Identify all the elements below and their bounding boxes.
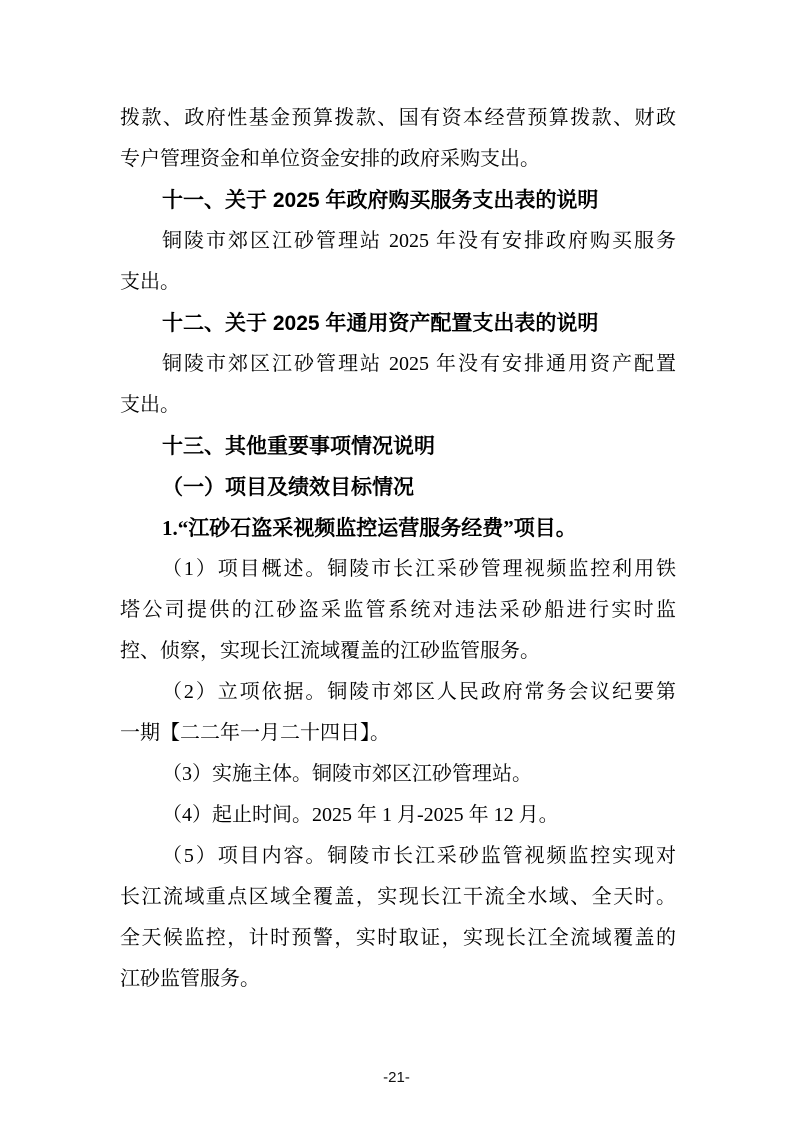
page-body: 拨款、政府性基金预算拨款、国有资本经营预算拨款、财政专户管理资金和单位资金安排的…: [120, 98, 676, 1000]
text-line: 一期【二二年一月二十四日】。: [120, 713, 676, 754]
text-line: 铜陵市郊区江砂管理站 2025 年没有安排通用资产配置: [120, 344, 676, 385]
text-line: （1）项目概述。铜陵市长江采砂管理视频监控利用铁: [120, 549, 676, 590]
text-line: 专户管理资金和单位资金安排的政府采购支出。: [120, 139, 676, 180]
text-line: 控、侦察，实现长江流域覆盖的江砂监管服务。: [120, 631, 676, 672]
text-line: （5）项目内容。铜陵市长江采砂监管视频监控实现对: [120, 836, 676, 877]
text-line: 江砂监管服务。: [120, 959, 676, 1000]
text-line: 支出。: [120, 262, 676, 303]
text-line: 铜陵市郊区江砂管理站 2025 年没有安排政府购买服务: [120, 221, 676, 262]
text-line: 十二、关于 2025 年通用资产配置支出表的说明: [120, 303, 676, 344]
page-number: -21-: [0, 1066, 793, 1090]
text-line: （2）立项依据。铜陵市郊区人民政府常务会议纪要第: [120, 672, 676, 713]
text-line: 十三、其他重要事项情况说明: [120, 426, 676, 467]
text-line: 十一、关于 2025 年政府购买服务支出表的说明: [120, 180, 676, 221]
text-line: 塔公司提供的江砂盗采监管系统对违法采砂船进行实时监: [120, 590, 676, 631]
document-page: 拨款、政府性基金预算拨款、国有资本经营预算拨款、财政专户管理资金和单位资金安排的…: [0, 0, 793, 1122]
text-line: 拨款、政府性基金预算拨款、国有资本经营预算拨款、财政: [120, 98, 676, 139]
text-line: 1.“江砂石盗采视频监控运营服务经费”项目。: [120, 508, 676, 549]
text-line: 长江流域重点区域全覆盖，实现长江干流全水域、全天时。: [120, 877, 676, 918]
text-line: 支出。: [120, 385, 676, 426]
text-line: 全天候监控，计时预警，实时取证，实现长江全流域覆盖的: [120, 918, 676, 959]
text-line: （4）起止时间。2025 年 1 月-2025 年 12 月。: [120, 795, 676, 836]
text-line: （一）项目及绩效目标情况: [120, 467, 676, 508]
text-line: （3）实施主体。铜陵市郊区江砂管理站。: [120, 754, 676, 795]
